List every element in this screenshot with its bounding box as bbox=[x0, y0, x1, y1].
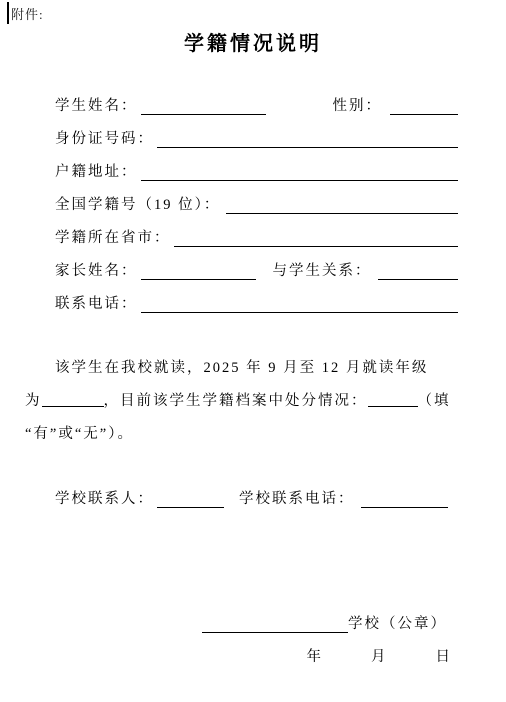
parent-name-blank[interactable] bbox=[141, 261, 256, 280]
statement-line-1: 该学生在我校就读，2025 年 9 月至 12 月就读年级 bbox=[25, 352, 458, 385]
form-section: 学生姓名： 性别： 身份证号码： 户籍地址： 全国学籍号（19 位）： 学籍所在… bbox=[55, 82, 458, 313]
national-student-id-row: 全国学籍号（19 位）： bbox=[55, 181, 458, 214]
province-label: 学籍所在省市： bbox=[55, 226, 171, 247]
student-name-row: 学生姓名： 性别： bbox=[55, 82, 458, 115]
parent-name-row: 家长姓名： 与学生关系： bbox=[55, 247, 458, 280]
phone-row: 联系电话： bbox=[55, 280, 458, 313]
year-label: 年 bbox=[307, 645, 322, 666]
province-blank[interactable] bbox=[174, 228, 459, 247]
statement-line-2: 为，目前该学生学籍档案中处分情况：（填 bbox=[25, 385, 458, 418]
grade-prefix: 为 bbox=[25, 393, 42, 409]
relation-blank[interactable] bbox=[378, 261, 459, 280]
school-phone-blank[interactable] bbox=[361, 489, 449, 508]
date-row: 年 月 日 bbox=[0, 633, 450, 666]
gender-blank[interactable] bbox=[390, 96, 458, 115]
household-address-label: 户籍地址： bbox=[55, 160, 138, 181]
school-name-blank[interactable] bbox=[202, 614, 348, 633]
school-phone-label: 学校联系电话： bbox=[239, 487, 355, 508]
gender-label: 性别： bbox=[333, 94, 383, 115]
document-title: 学籍情况说明 bbox=[0, 27, 506, 56]
national-student-id-label: 全国学籍号（19 位）： bbox=[55, 193, 220, 214]
statement-paragraph: 该学生在我校就读，2025 年 9 月至 12 月就读年级 为，目前该学生学籍档… bbox=[25, 352, 458, 451]
discipline-blank[interactable] bbox=[368, 392, 418, 407]
province-row: 学籍所在省市： bbox=[55, 214, 458, 247]
grade-blank[interactable] bbox=[42, 392, 104, 407]
school-seal-row: 学校（公章） bbox=[0, 600, 447, 633]
day-label: 日 bbox=[436, 645, 451, 666]
household-address-row: 户籍地址： bbox=[55, 148, 458, 181]
phone-label: 联系电话： bbox=[55, 292, 138, 313]
household-address-blank[interactable] bbox=[141, 162, 459, 181]
attachment-label: 附件: bbox=[11, 4, 44, 23]
relation-label: 与学生关系： bbox=[273, 259, 372, 280]
school-contact-row: 学校联系人： 学校联系电话： bbox=[55, 475, 448, 508]
id-number-blank[interactable] bbox=[157, 129, 458, 148]
student-name-label: 学生姓名： bbox=[55, 94, 138, 115]
school-contact-label: 学校联系人： bbox=[55, 487, 154, 508]
id-number-label: 身份证号码： bbox=[55, 127, 154, 148]
discipline-text: ，目前该学生学籍档案中处分情况： bbox=[104, 393, 368, 409]
document-page: 附件: 学籍情况说明 学生姓名： 性别： 身份证号码： 户籍地址： 全国学籍号（… bbox=[0, 0, 506, 702]
statement-line-3: “有”或“无”）。 bbox=[25, 418, 458, 451]
national-student-id-blank[interactable] bbox=[226, 195, 458, 214]
id-number-row: 身份证号码： bbox=[55, 115, 458, 148]
school-seal-label: 学校（公章） bbox=[348, 612, 447, 633]
student-name-blank[interactable] bbox=[141, 96, 266, 115]
phone-blank[interactable] bbox=[141, 294, 459, 313]
school-contact-blank[interactable] bbox=[157, 489, 224, 508]
fill-hint-prefix: （填 bbox=[418, 393, 451, 409]
month-label: 月 bbox=[371, 645, 386, 666]
parent-name-label: 家长姓名： bbox=[55, 259, 138, 280]
text-cursor bbox=[7, 2, 9, 24]
